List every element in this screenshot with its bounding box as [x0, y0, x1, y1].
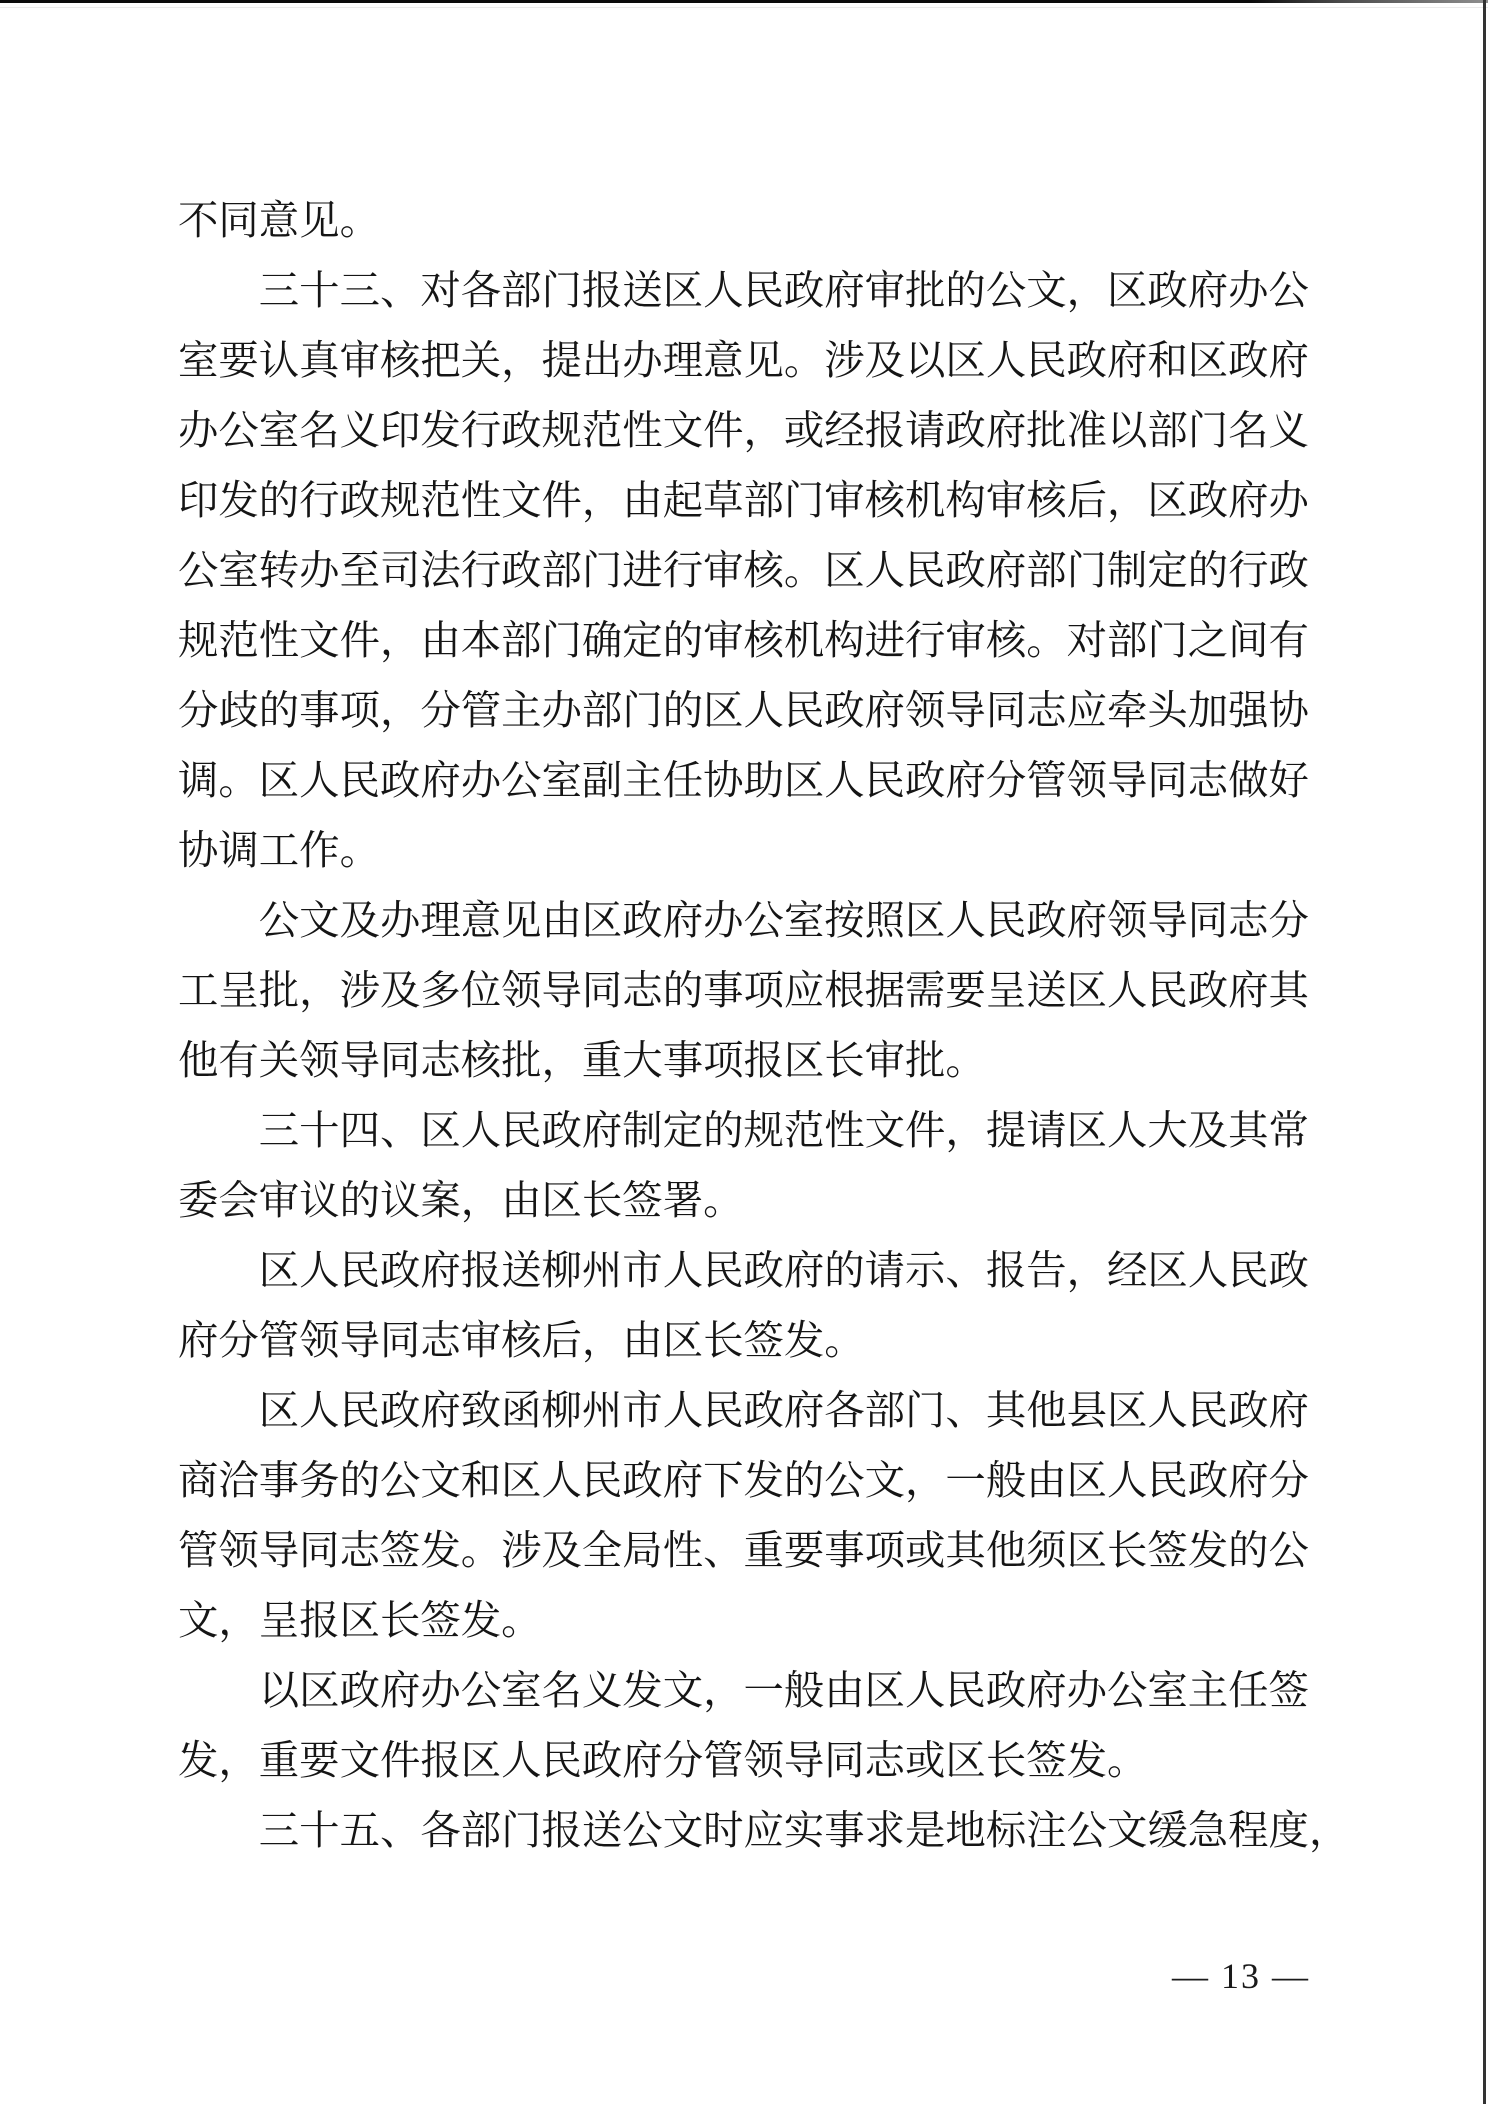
- paragraph: 区人民政府致函柳州市人民政府各部门、其他县区人民政府商洽事务的公文和区人民政府下…: [178, 1376, 1310, 1656]
- paragraph: 三十三、对各部门报送区人民政府审批的公文，区政府办公室要认真审核把关，提出办理意…: [178, 256, 1310, 886]
- text-line: 不同意见。: [178, 186, 1310, 256]
- scan-top-faint-line: [0, 7, 1488, 8]
- text-line: 商洽事务的公文和区人民政府下发的公文，一般由区人民政府分: [178, 1446, 1310, 1516]
- text-line: 区人民政府报送柳州市人民政府的请示、报告，经区人民政: [178, 1236, 1310, 1306]
- paragraph: 公文及办理意见由区政府办公室按照区人民政府领导同志分工呈批，涉及多位领导同志的事…: [178, 886, 1310, 1096]
- document-page: 不同意见。 三十三、对各部门报送区人民政府审批的公文，区政府办公室要认真审核把关…: [0, 0, 1488, 2104]
- paragraph: 三十四、区人民政府制定的规范性文件，提请区人大及其常委会审议的议案，由区长签署。: [178, 1096, 1310, 1236]
- text-line: 室要认真审核把关，提出办理意见。涉及以区人民政府和区政府: [178, 326, 1310, 396]
- text-line: 三十三、对各部门报送区人民政府审批的公文，区政府办公: [178, 256, 1310, 326]
- text-line: 印发的行政规范性文件，由起草部门审核机构审核后，区政府办: [178, 466, 1310, 536]
- paragraph: 区人民政府报送柳州市人民政府的请示、报告，经区人民政府分管领导同志审核后，由区长…: [178, 1236, 1310, 1376]
- text-line: 管领导同志签发。涉及全局性、重要事项或其他须区长签发的公: [178, 1516, 1310, 1586]
- scan-right-edge-artifact: [1483, 0, 1486, 2104]
- text-line: 调。区人民政府办公室副主任协助区人民政府分管领导同志做好: [178, 746, 1310, 816]
- text-line: 以区政府办公室名义发文，一般由区人民政府办公室主任签: [178, 1656, 1310, 1726]
- paragraph: 三十五、各部门报送公文时应实事求是地标注公文缓急程度，: [178, 1796, 1310, 1866]
- document-body: 不同意见。 三十三、对各部门报送区人民政府审批的公文，区政府办公室要认真审核把关…: [178, 186, 1310, 1866]
- text-line: 他有关领导同志核批，重大事项报区长审批。: [178, 1026, 1310, 1096]
- text-line: 委会审议的议案，由区长签署。: [178, 1166, 1310, 1236]
- text-line: 三十四、区人民政府制定的规范性文件，提请区人大及其常: [178, 1096, 1310, 1166]
- text-line: 文，呈报区长签发。: [178, 1586, 1310, 1656]
- paragraph: 以区政府办公室名义发文，一般由区人民政府办公室主任签发，重要文件报区人民政府分管…: [178, 1656, 1310, 1796]
- text-line: 三十五、各部门报送公文时应实事求是地标注公文缓急程度，: [178, 1796, 1310, 1866]
- paragraph: 不同意见。: [178, 186, 1310, 256]
- text-line: 分歧的事项，分管主办部门的区人民政府领导同志应牵头加强协: [178, 676, 1310, 746]
- scan-top-edge-artifact: [0, 0, 1488, 3]
- text-line: 发，重要文件报区人民政府分管领导同志或区长签发。: [178, 1726, 1310, 1796]
- text-line: 协调工作。: [178, 816, 1310, 886]
- text-line: 府分管领导同志审核后，由区长签发。: [178, 1306, 1310, 1376]
- text-line: 工呈批，涉及多位领导同志的事项应根据需要呈送区人民政府其: [178, 956, 1310, 1026]
- text-line: 规范性文件，由本部门确定的审核机构进行审核。对部门之间有: [178, 606, 1310, 676]
- text-line: 区人民政府致函柳州市人民政府各部门、其他县区人民政府: [178, 1376, 1310, 1446]
- text-line: 公文及办理意见由区政府办公室按照区人民政府领导同志分: [178, 886, 1310, 956]
- text-line: 办公室名义印发行政规范性文件，或经报请政府批准以部门名义: [178, 396, 1310, 466]
- page-number: — 13 —: [1172, 1953, 1310, 1999]
- text-line: 公室转办至司法行政部门进行审核。区人民政府部门制定的行政: [178, 536, 1310, 606]
